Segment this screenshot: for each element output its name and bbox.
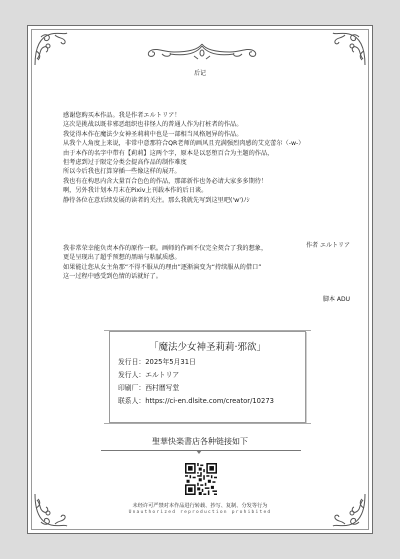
colophon-row-printer: 印刷厂：西村曆写堂 bbox=[118, 382, 274, 395]
document-page: 后记 感谢您购买本作品。我是作者エルトリア！ 这次是挑战以既非邪恶组织也非怪人的… bbox=[27, 25, 373, 534]
chevron-down-icon bbox=[196, 450, 202, 454]
colophon-title: 「魔法少女神圣莉莉·邪欲」 bbox=[110, 339, 305, 353]
afterword-text: 感谢您购买本作品。我是作者エルトリア！ 这次是挑战以既非邪恶组织也非怪人的普通人… bbox=[63, 111, 343, 205]
corner-ornament-icon bbox=[329, 29, 369, 69]
colophon-row-date: 发行日：2025年5月31日 bbox=[118, 356, 274, 369]
scenario-signature: 脚本 ADU bbox=[323, 294, 350, 303]
contact-link[interactable]: https://ci-en.dlsite.com/creator/10273 bbox=[145, 397, 274, 405]
header-flourish-icon bbox=[144, 40, 260, 62]
copyright-notice-en: Unauthorized reproduction prohibited bbox=[28, 510, 372, 515]
corner-ornament-icon bbox=[31, 29, 71, 69]
colophon-row-publisher: 发行人：エルトリア bbox=[118, 369, 274, 382]
colophon-box: 「魔法少女神圣莉莉·邪欲」 发行日：2025年5月31日 发行人：エルトリア 印… bbox=[109, 331, 306, 423]
scenario-writer-text: 我非常荣幸能负责本作的原作一职。画师的作画不仅完全契合了我的想象， 更是呈现出了… bbox=[63, 244, 343, 282]
shop-links-label: 聖華快楽書店各种链接如下 bbox=[28, 436, 372, 447]
page-title: 后记 bbox=[28, 68, 372, 77]
copyright-notice-cn: 未经许可严禁对本作品进行转载、抄写、复制、分发等行为 bbox=[28, 502, 372, 509]
colophon-rows: 发行日：2025年5月31日 发行人：エルトリア 印刷厂：西村曆写堂 联系人：h… bbox=[118, 356, 274, 408]
colophon-row-contact: 联系人：https://ci-en.dlsite.com/creator/102… bbox=[118, 395, 274, 408]
qr-code-icon[interactable] bbox=[185, 463, 217, 495]
